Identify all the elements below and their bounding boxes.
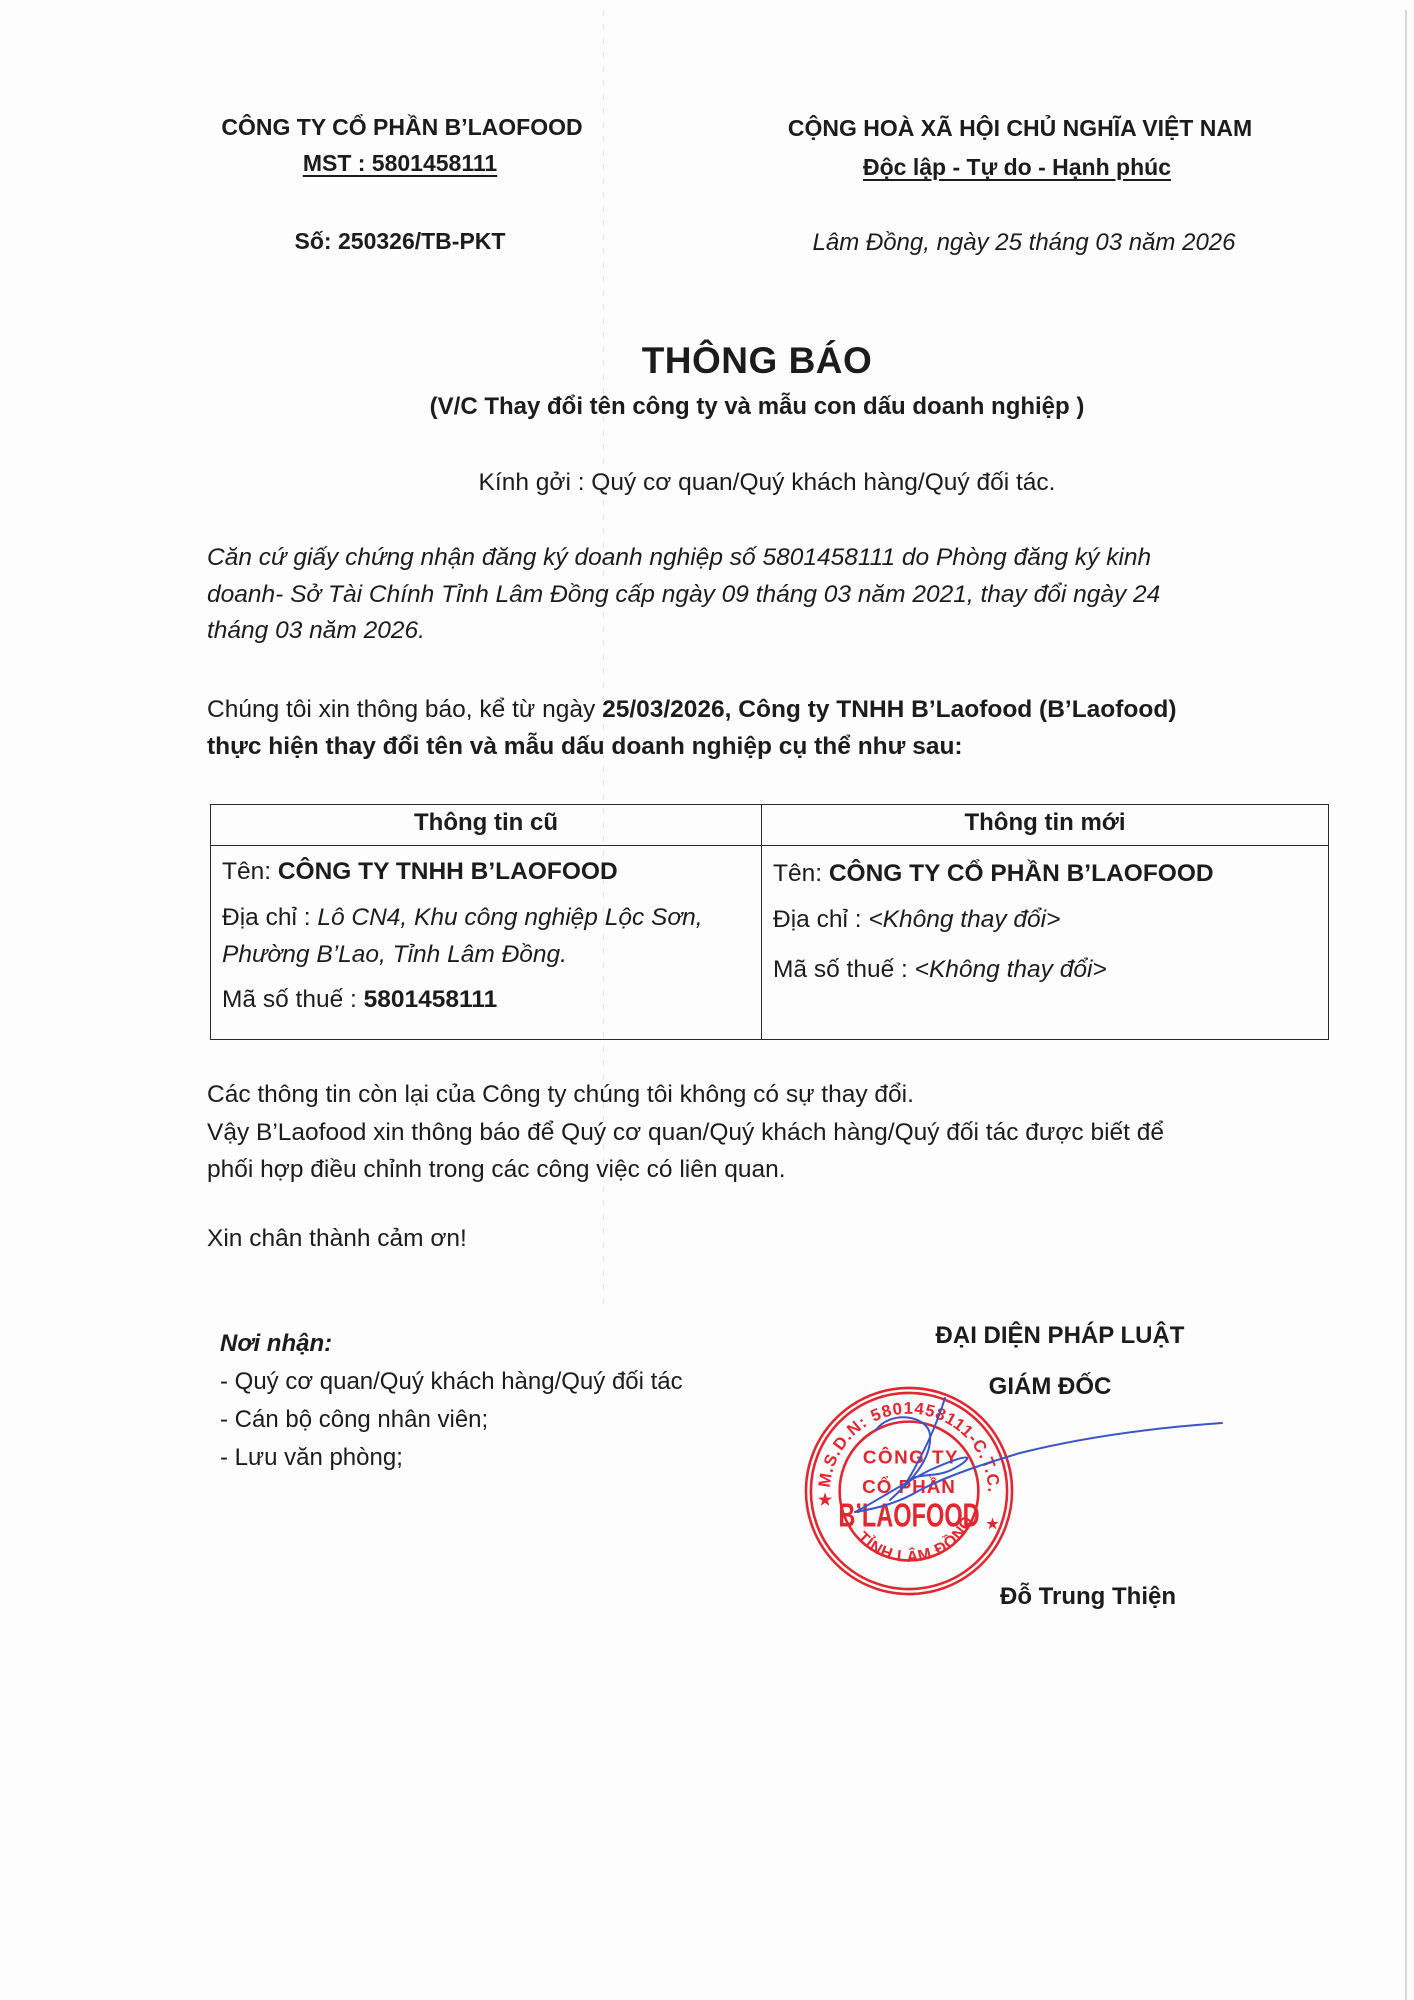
label: Tên: <box>773 860 829 887</box>
value: CÔNG TY CỔ PHẦN B’LAOFOOD <box>829 860 1214 887</box>
handwritten-signature <box>820 1390 1240 1540</box>
table-header-divider <box>211 845 1328 846</box>
legal-representative-title: ĐẠI DIỆN PHÁP LUẬT <box>936 1322 1185 1350</box>
signer-name: Đỗ Trung Thiện <box>1000 1583 1176 1611</box>
closing-line: Vậy B’Laofood xin thông báo để Quý cơ qu… <box>207 1114 1327 1152</box>
table-column-divider <box>761 805 762 1039</box>
notice-line-2: thực hiện thay đổi tên và mẫu dấu doanh … <box>207 729 1327 766</box>
change-table: Thông tin cũ Thông tin mới Tên: CÔNG TY … <box>210 804 1329 1040</box>
national-motto: Độc lập - Tự do - Hạnh phúc <box>863 154 1171 181</box>
document-number: Số: 250326/TB-PKT <box>295 228 506 255</box>
label: Địa chỉ : <box>773 906 868 933</box>
label: Mã số thuế : <box>222 986 364 1013</box>
recipient-item: - Cán bộ công nhân viên; <box>220 1401 683 1439</box>
value: <Không thay đổi> <box>915 956 1107 983</box>
old-tax-code: Mã số thuế : 5801458111 <box>222 981 497 1018</box>
label: Mã số thuế : <box>773 956 915 983</box>
label: Tên: <box>222 858 278 885</box>
value-cont: Phường B’Lao, Tỉnh Lâm Đồng. <box>222 936 703 973</box>
basis-line: Căn cứ giấy chứng nhận đăng ký doanh ngh… <box>207 540 1327 577</box>
notice-intro: Chúng tôi xin thông báo, kể từ ngày <box>207 696 602 723</box>
new-address: Địa chỉ : <Không thay đổi> <box>773 901 1060 938</box>
label: Địa chỉ : <box>222 904 317 931</box>
closing-line: Các thông tin còn lại của Công ty chúng … <box>207 1076 1327 1114</box>
value: 5801458111 <box>364 986 498 1013</box>
recipient-item: - Lưu văn phòng; <box>220 1439 683 1477</box>
value: Lô CN4, Khu công nghiệp Lộc Sơn, <box>317 904 702 931</box>
closing-line: phối hợp điều chỉnh trong các công việc … <box>207 1151 1327 1189</box>
scan-edge-line <box>1405 10 1407 2000</box>
company-name: CÔNG TY CỔ PHẦN B’LAOFOOD <box>221 114 582 141</box>
old-address: Địa chỉ : Lô CN4, Khu công nghiệp Lộc Sơ… <box>222 899 703 973</box>
value: <Không thay đổi> <box>868 906 1060 933</box>
national-title: CỘNG HOÀ XÃ HỘI CHỦ NGHĨA VIỆT NAM <box>788 115 1252 142</box>
document-title: THÔNG BÁO <box>642 340 873 382</box>
place-date: Lâm Đồng, ngày 25 tháng 03 năm 2026 <box>813 229 1236 257</box>
notice-line-1: Chúng tôi xin thông báo, kể từ ngày 25/0… <box>207 692 1327 729</box>
tax-code: MST : 5801458111 <box>303 150 497 177</box>
thanks: Xin chân thành cảm ơn! <box>207 1225 467 1253</box>
notice-effective: 25/03/2026, Công ty TNHH B’Laofood (B’La… <box>602 696 1176 723</box>
value: CÔNG TY TNHH B’LAOFOOD <box>278 858 618 885</box>
closing-paragraph: Các thông tin còn lại của Công ty chúng … <box>207 1076 1327 1189</box>
recipients-block: Nơi nhận: - Quý cơ quan/Quý khách hàng/Q… <box>220 1325 683 1477</box>
new-tax-code: Mã số thuế : <Không thay đổi> <box>773 951 1107 988</box>
basis-line: tháng 03 năm 2026. <box>207 613 1327 650</box>
basis-paragraph: Căn cứ giấy chứng nhận đăng ký doanh ngh… <box>207 540 1327 650</box>
addressee: Kính gởi : Quý cơ quan/Quý khách hàng/Qu… <box>479 469 1056 497</box>
basis-line: doanh- Sở Tài Chính Tỉnh Lâm Đồng cấp ng… <box>207 577 1327 614</box>
old-name: Tên: CÔNG TY TNHH B’LAOFOOD <box>222 853 618 890</box>
document-subtitle: (V/C Thay đổi tên công ty và mẫu con dấu… <box>430 393 1085 421</box>
recipient-item: - Quý cơ quan/Quý khách hàng/Quý đối tác <box>220 1363 683 1401</box>
header-old-info: Thông tin cũ <box>211 809 761 837</box>
header-new-info: Thông tin mới <box>762 809 1328 837</box>
new-name: Tên: CÔNG TY CỔ PHẦN B’LAOFOOD <box>773 855 1214 892</box>
recipients-label: Nơi nhận: <box>220 1325 683 1363</box>
notice-paragraph: Chúng tôi xin thông báo, kể từ ngày 25/0… <box>207 692 1327 765</box>
